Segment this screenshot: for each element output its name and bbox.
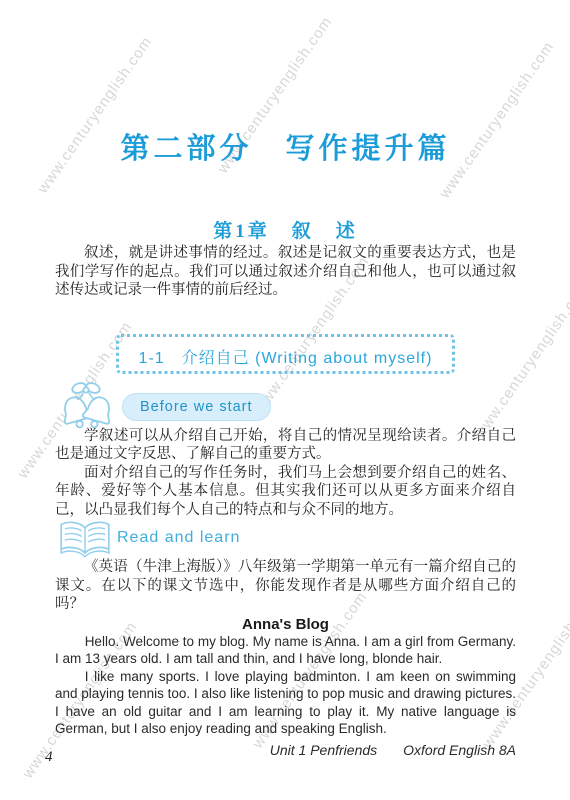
blog-paragraph: Hello. Welcome to my blog. My name is An… bbox=[55, 633, 516, 668]
read-and-learn-row: Read and learn bbox=[55, 518, 516, 558]
section-heading-box: 1-1 介绍自己 (Writing about myself) bbox=[116, 334, 456, 374]
page-number: 4 bbox=[45, 749, 53, 766]
source-book: Oxford English 8A bbox=[403, 742, 516, 758]
body-paragraph: 学叙述可以从介绍自己开始，将自己的情况呈现给读者。介绍自己也是通过文字反思、了解… bbox=[55, 427, 516, 464]
blog-title: Anna's Blog bbox=[55, 617, 516, 633]
source-unit: Unit 1 Penfriends bbox=[270, 742, 377, 758]
textbook-page: www.centuryenglish.com www.centuryenglis… bbox=[0, 0, 570, 800]
intro-paragraph: 叙述，就是讲述事情的经过。叙述是记叙文的重要表达方式，也是我们学写作的起点。我们… bbox=[55, 244, 516, 300]
open-book-icon bbox=[57, 518, 113, 560]
section-box-wrap: 1-1 介绍自己 (Writing about myself) bbox=[55, 334, 516, 374]
body-paragraph: 面对介绍自己的写作任务时，我们马上会想到要介绍自己的姓名、年龄、爱好等个人基本信… bbox=[55, 464, 516, 520]
before-we-start-row: Before we start bbox=[55, 381, 516, 427]
part-title: 第二部分 写作提升篇 bbox=[55, 131, 516, 167]
read-and-learn-label: Read and learn bbox=[117, 529, 240, 547]
page-content: 第二部分 写作提升篇 第1章 叙 述 叙述，就是讲述事情的经过。叙述是记叙文的重… bbox=[0, 0, 570, 800]
before-we-start-label: Before we start bbox=[122, 393, 271, 421]
body-paragraph: 《英语（牛津上海版）》八年级第一学期第一单元有一篇介绍自己的课文。在以下的课文节… bbox=[55, 558, 516, 614]
bells-icon bbox=[53, 379, 119, 435]
chapter-title: 第1章 叙 述 bbox=[55, 220, 516, 244]
source-attribution: Unit 1 PenfriendsOxford English 8A bbox=[55, 742, 516, 759]
blog-paragraph: I like many sports. I love playing badmi… bbox=[55, 668, 516, 738]
